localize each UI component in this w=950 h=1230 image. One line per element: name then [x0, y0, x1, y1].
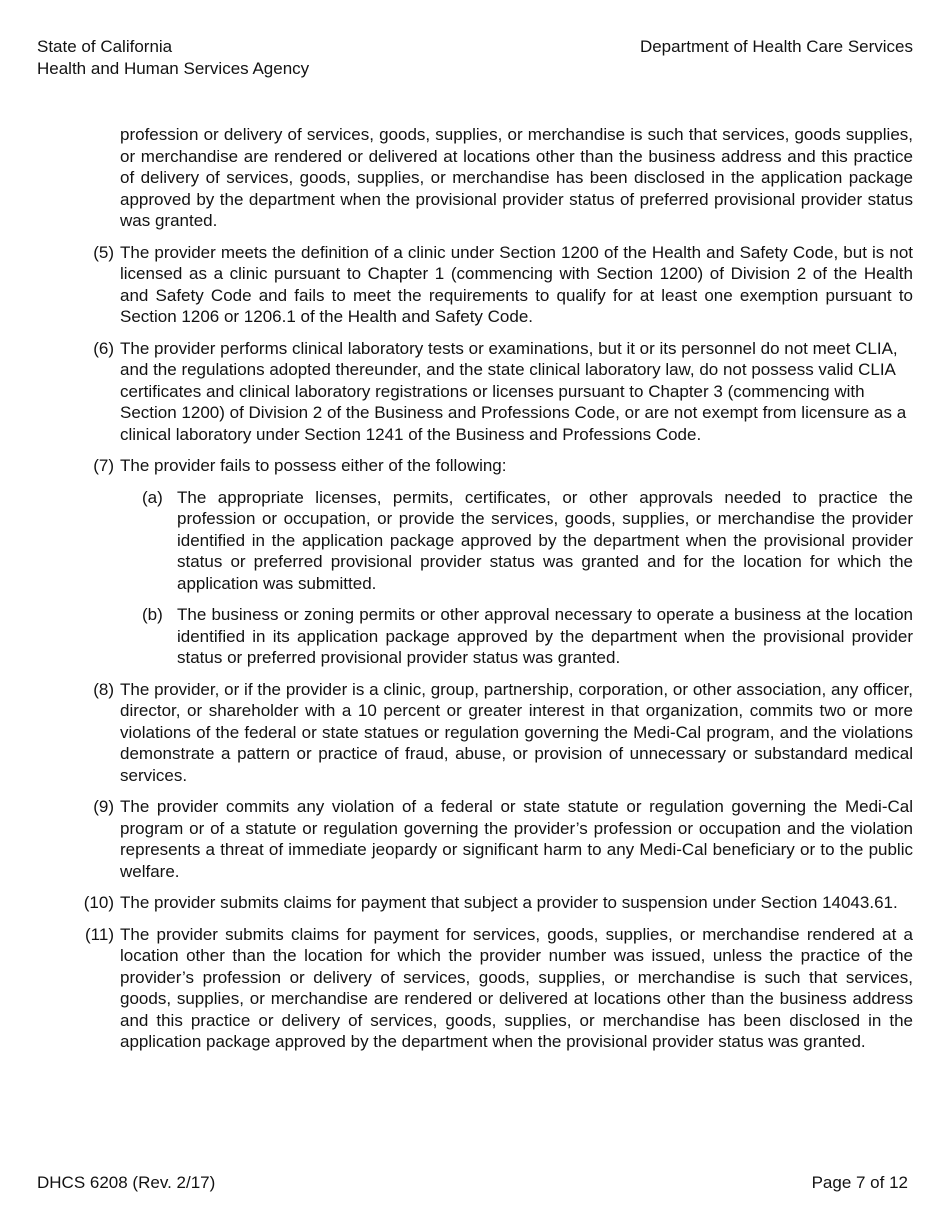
list-item-b: (b)The business or zoning permits or oth… [177, 604, 913, 669]
header-state-line: State of California [37, 36, 309, 58]
list-item-marker: (b) [142, 604, 171, 626]
list-item-marker: (a) [142, 487, 171, 509]
list-item-text: The provider submits claims for payment … [120, 925, 913, 1052]
document-body: profession or delivery of services, good… [120, 124, 913, 1063]
list-item-text: The business or zoning permits or other … [177, 605, 913, 667]
list-item-11: (11)The provider submits claims for paym… [120, 924, 913, 1053]
page-header: State of California Health and Human Ser… [37, 36, 913, 79]
header-department-line: Department of Health Care Services [640, 36, 913, 58]
list-item-7: (7)The provider fails to possess either … [120, 455, 913, 477]
header-left-block: State of California Health and Human Ser… [37, 36, 309, 79]
document-page: State of California Health and Human Ser… [0, 0, 950, 1230]
page-footer: DHCS 6208 (Rev. 2/17) Page 7 of 12 [37, 1172, 908, 1194]
list-item-9: (9)The provider commits any violation of… [120, 796, 913, 882]
list-item-marker: (8) [74, 679, 114, 701]
list-item-10: (10)The provider submits claims for paym… [120, 892, 913, 914]
page-number: Page 7 of 12 [812, 1172, 908, 1194]
list-item-text: The appropriate licenses, permits, certi… [177, 488, 913, 593]
list-item-marker: (11) [74, 924, 114, 946]
form-number: DHCS 6208 (Rev. 2/17) [37, 1172, 215, 1194]
list-item-marker: (9) [74, 796, 114, 818]
list-item-text: The provider performs clinical laborator… [120, 339, 906, 444]
list-item-marker: (6) [74, 338, 114, 360]
paragraph-continuation: profession or delivery of services, good… [120, 124, 913, 232]
list-item-text: profession or delivery of services, good… [120, 125, 913, 230]
list-item-marker: (7) [74, 455, 114, 477]
list-item-text: The provider commits any violation of a … [120, 797, 913, 881]
list-item-text: The provider, or if the provider is a cl… [120, 680, 913, 785]
list-item-a: (a)The appropriate licenses, permits, ce… [177, 487, 913, 595]
list-item-text: The provider submits claims for payment … [120, 893, 898, 912]
header-agency-line: Health and Human Services Agency [37, 58, 309, 80]
list-item-8: (8)The provider, or if the provider is a… [120, 679, 913, 787]
list-item-5: (5)The provider meets the definition of … [120, 242, 913, 328]
list-item-text: The provider meets the definition of a c… [120, 243, 913, 327]
list-item-text: The provider fails to possess either of … [120, 456, 506, 475]
list-item-marker: (5) [74, 242, 114, 264]
list-item-6: (6)The provider performs clinical labora… [120, 338, 913, 446]
list-item-marker: (10) [74, 892, 114, 914]
